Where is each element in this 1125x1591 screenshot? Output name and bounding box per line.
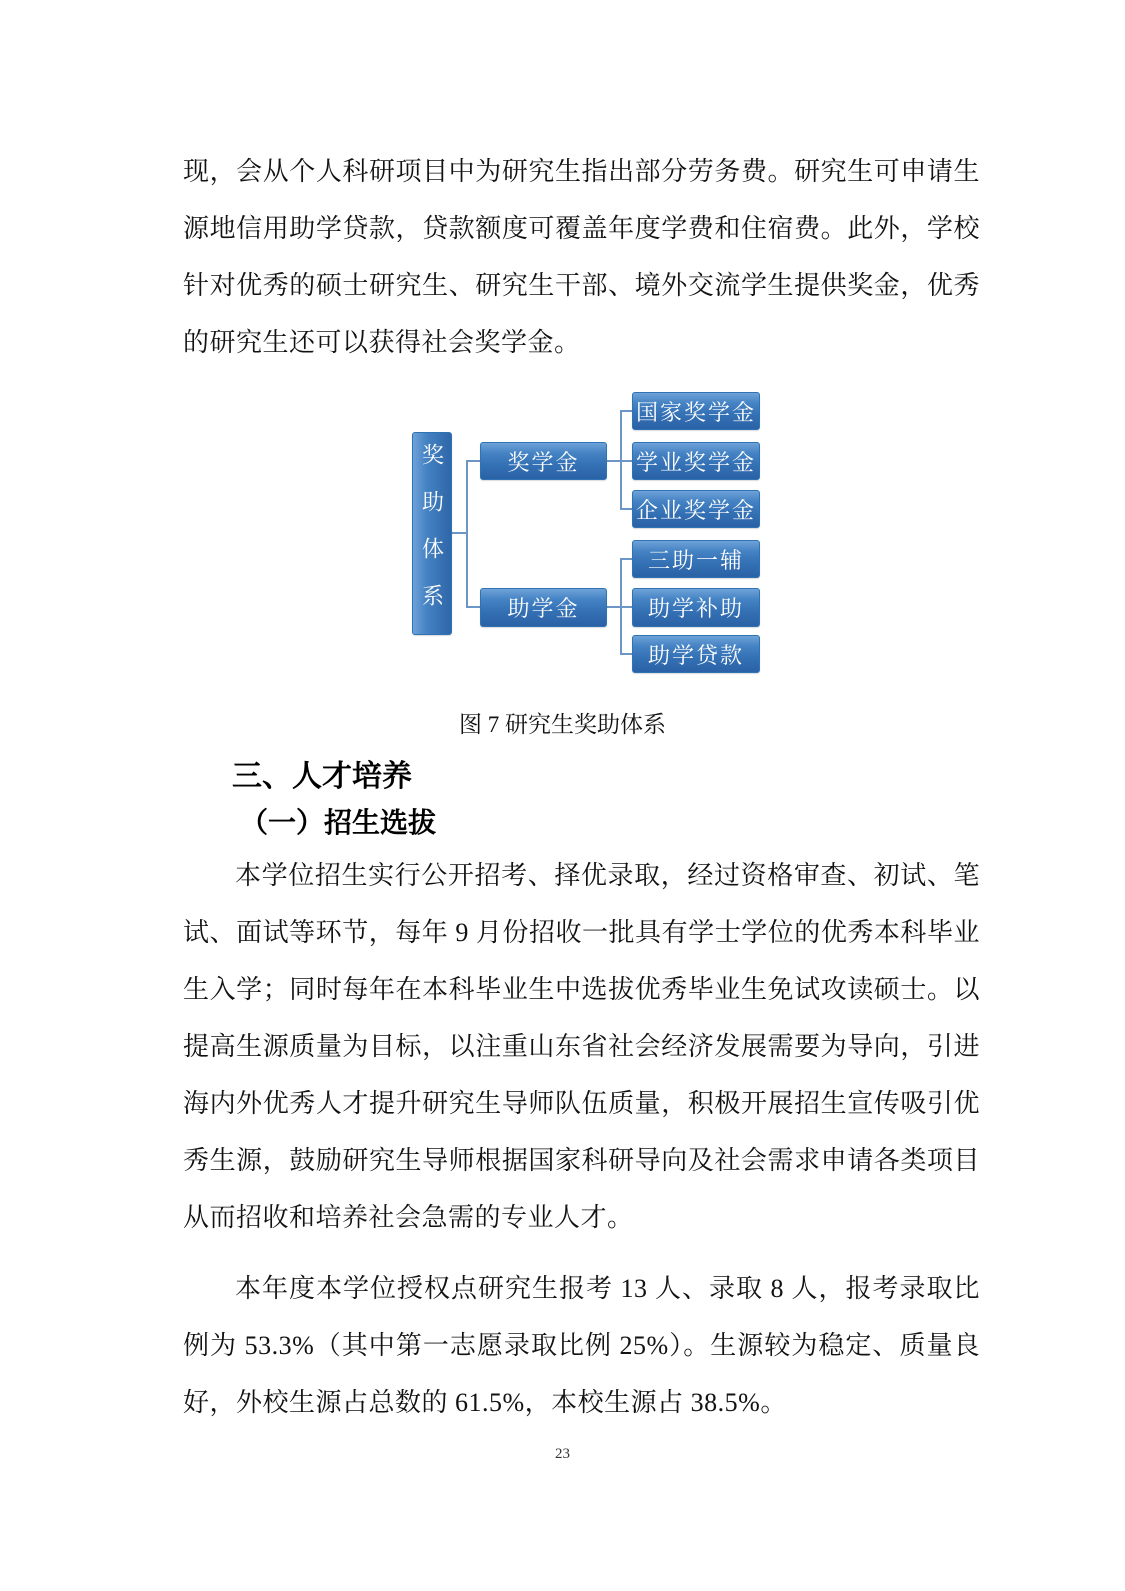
connector-line <box>622 410 632 412</box>
connector-line <box>468 606 480 608</box>
diagram-node-student-loan: 助学贷款 <box>632 635 760 673</box>
diagram-node-root: 奖助体系 <box>412 432 452 635</box>
paragraph-funding-continuation: 现，会从个人科研项目中为研究生指出部分劳务费。研究生可申请生源地信用助学贷款，贷… <box>183 143 980 371</box>
connector-line <box>622 653 632 655</box>
connector-line <box>607 606 620 608</box>
diagram-node-aid-subsidy: 助学补助 <box>632 588 760 627</box>
connector-line <box>466 460 468 608</box>
paragraph-admission-policy: 本学位招生实行公开招考、择优录取，经过资格审查、初试、笔试、面试等环节，每年 9… <box>183 847 980 1246</box>
page-number: 23 <box>0 1446 1125 1463</box>
paragraph-admission-statistics: 本年度本学位授权点研究生报考 13 人、录取 8 人，报考录取比例为 53.3%… <box>183 1260 980 1431</box>
diagram-node-scholarship: 奖学金 <box>480 442 607 480</box>
diagram-node-national-scholarship: 国家奖学金 <box>632 392 760 430</box>
section-heading-talent-cultivation: 三、人才培养 <box>232 751 412 795</box>
diagram-node-three-assist: 三助一辅 <box>632 540 760 578</box>
connector-line <box>607 460 620 462</box>
connector-line <box>452 532 466 534</box>
document-page: 现，会从个人科研项目中为研究生指出部分劳务费。研究生可申请生源地信用助学贷款，贷… <box>0 0 1125 1591</box>
connector-line <box>620 410 622 510</box>
connector-line <box>622 508 632 510</box>
connector-line <box>622 558 632 560</box>
connector-line <box>622 460 632 462</box>
connector-line <box>622 606 632 608</box>
figure-caption: 图 7 研究生奖助体系 <box>0 706 1125 739</box>
connector-line <box>468 460 480 462</box>
diagram-node-enterprise-scholarship: 企业奖学金 <box>632 490 760 528</box>
connector-line <box>620 558 622 655</box>
diagram-node-academic-scholarship: 学业奖学金 <box>632 442 760 480</box>
subsection-heading-admission-selection: （一）招生选拔 <box>240 801 436 841</box>
diagram-node-grant: 助学金 <box>480 588 607 627</box>
